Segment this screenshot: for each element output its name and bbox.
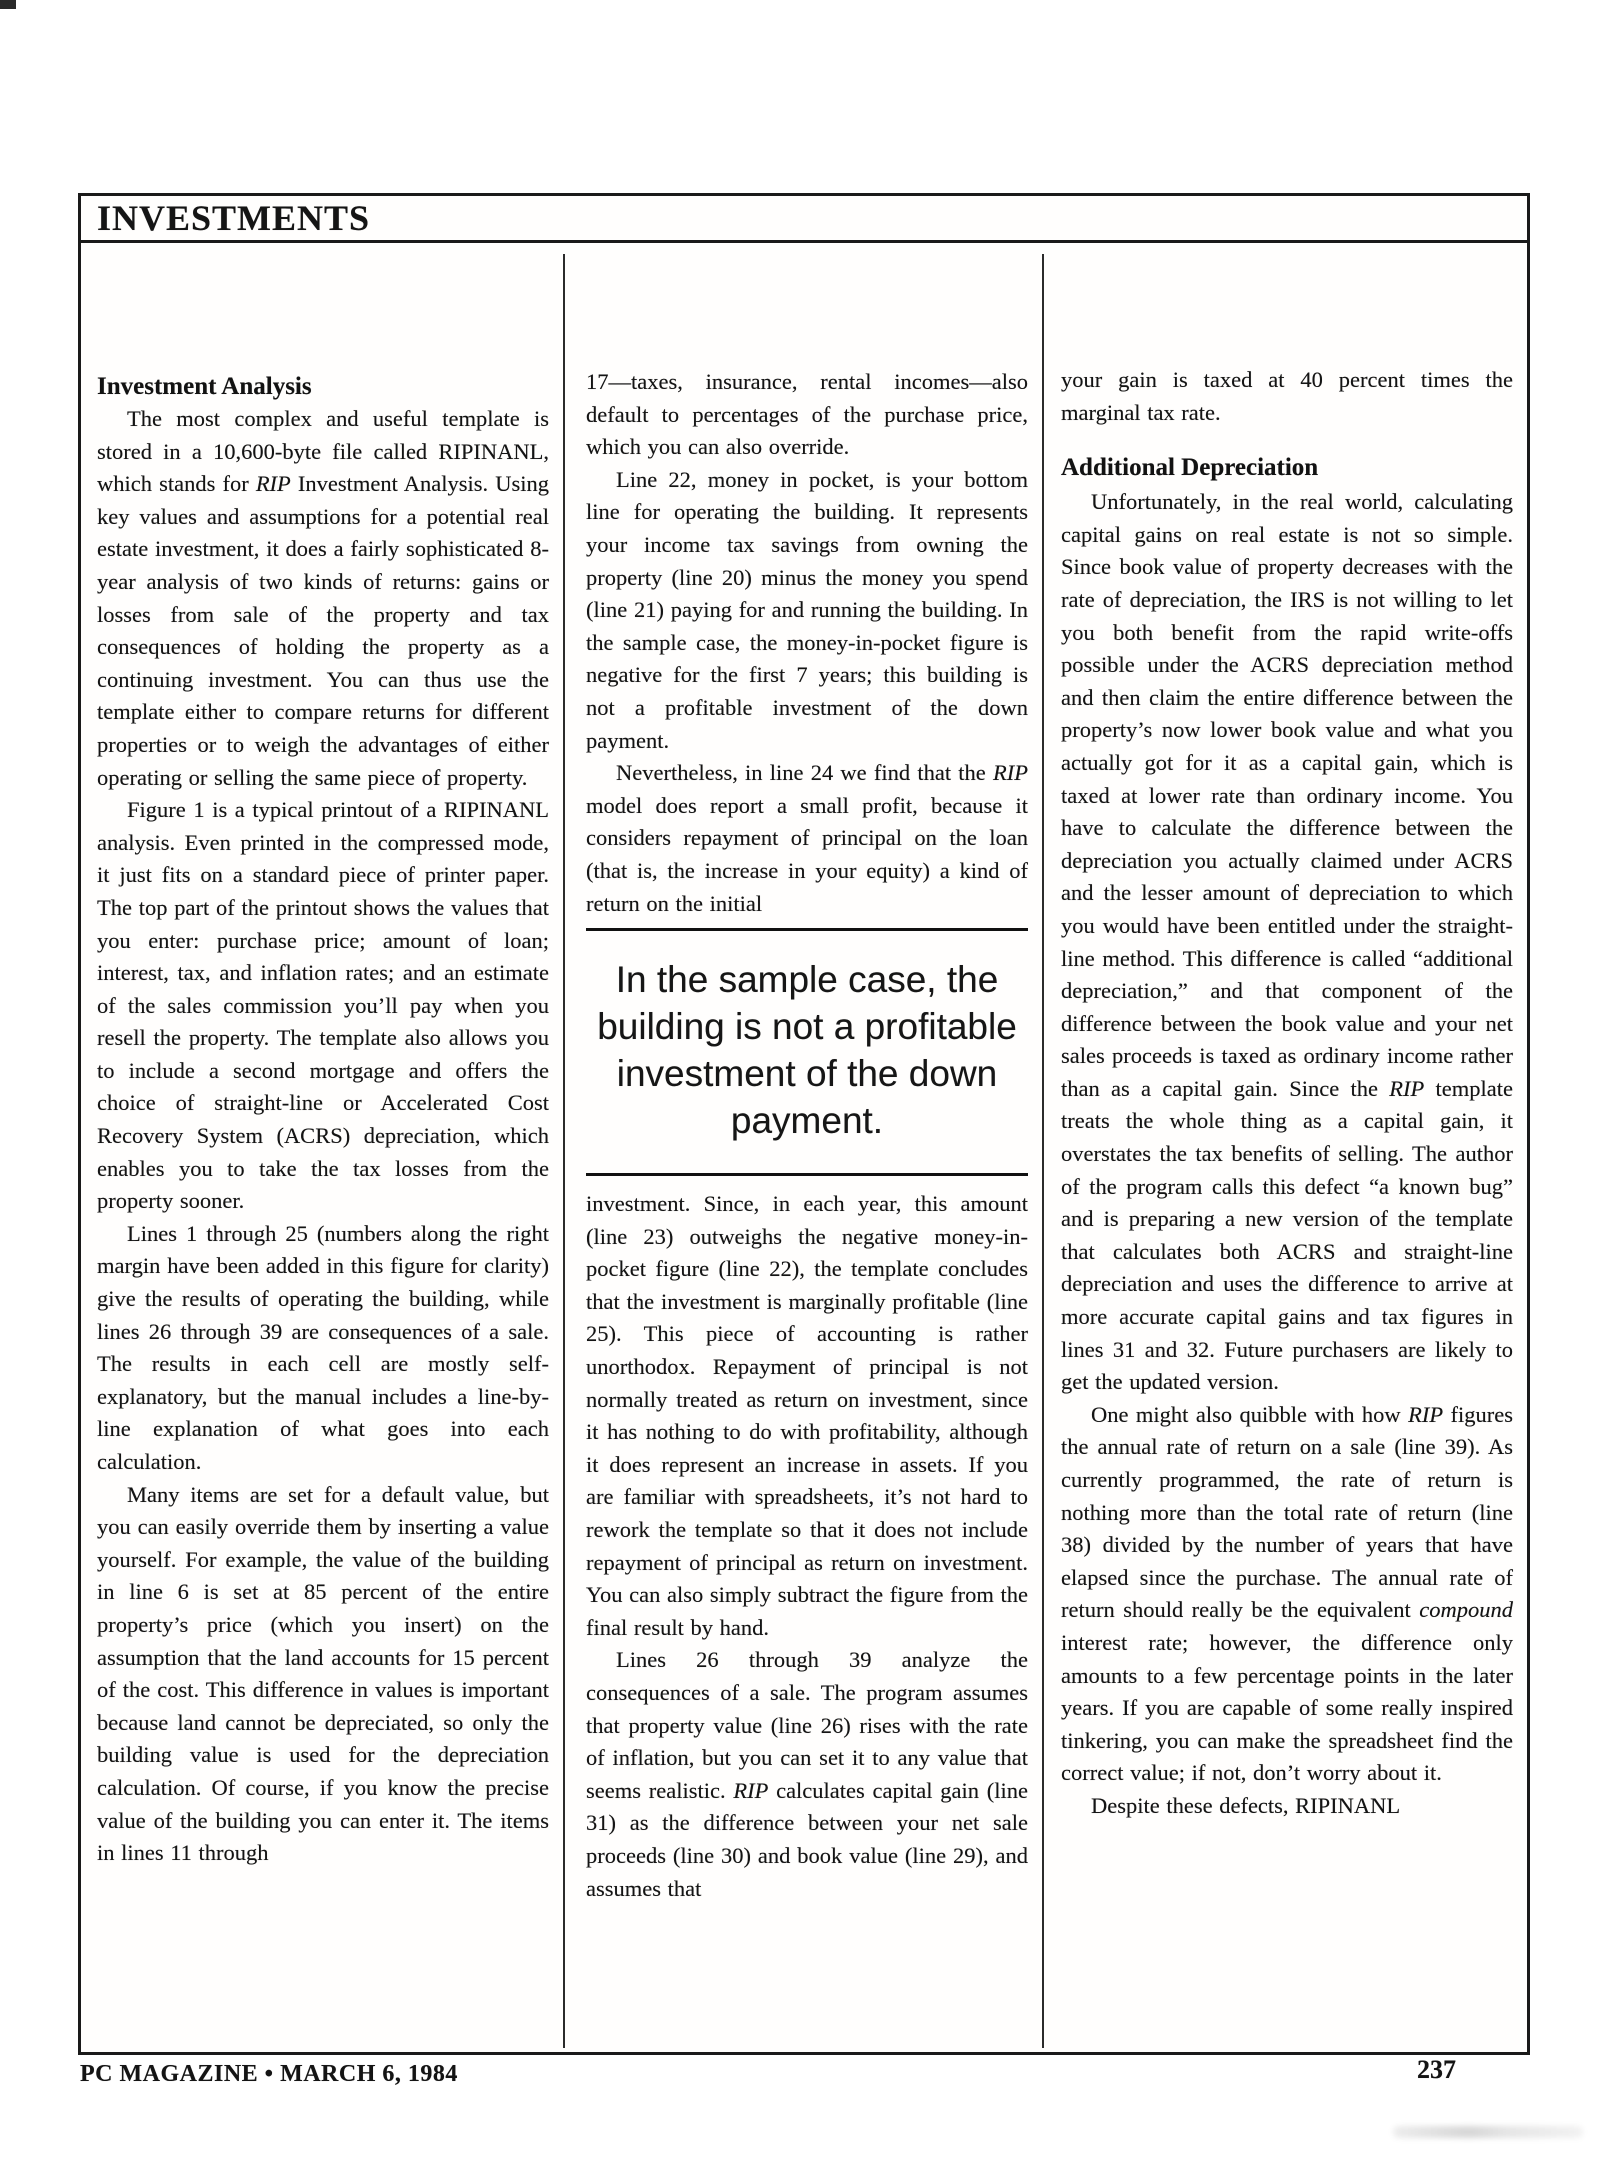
page-number: 237 [1417,2055,1456,2085]
column-divider-left [563,254,565,2048]
article-heading-investment-analysis: Investment Analysis [97,370,549,403]
article-paragraph: The most complex and useful template is … [97,403,549,794]
article-paragraph: Many items are set for a default value, … [97,1479,549,1870]
section-header-band: INVESTMENTS [81,196,1527,243]
article-paragraph: Nevertheless, in line 24 we find that th… [586,757,1028,920]
scan-artifact-smudge [1393,2126,1583,2138]
article-column-2: 17—taxes, insurance, rental incomes—also… [586,366,1028,1905]
article-paragraph: Line 22, money in pocket, is your bottom… [586,464,1028,757]
article-frame: INVESTMENTS Investment Analysis The most… [78,193,1530,2055]
article-paragraph: your gain is taxed at 40 percent times t… [1061,364,1513,429]
article-column-1: Investment Analysis The most complex and… [97,370,549,1870]
article-paragraph: investment. Since, in each year, this am… [586,1188,1028,1644]
article-column-3: your gain is taxed at 40 percent times t… [1061,364,1513,1823]
column-divider-right [1042,254,1044,2048]
article-paragraph: Lines 1 through 25 (numbers along the ri… [97,1218,549,1479]
article-paragraph: Unfortunately, in the real world, calcul… [1061,486,1513,1399]
scan-artifact-corner [0,0,16,9]
article-heading-additional-depreciation: Additional Depreciation [1061,451,1513,484]
article-paragraph: 17—taxes, insurance, rental incomes—also… [586,366,1028,464]
magazine-footer: PC MAGAZINE • MARCH 6, 1984 [80,2061,458,2088]
article-paragraph: Figure 1 is a typical printout of a RIPI… [97,794,549,1218]
article-paragraph: One might also quibble with how RIP figu… [1061,1399,1513,1790]
section-header-title: INVESTMENTS [97,197,370,239]
pull-quote: In the sample case, the building is not … [586,928,1028,1176]
article-paragraph: Despite these defects, RIPINANL [1061,1790,1513,1823]
article-paragraph: Lines 26 through 39 analyze the conseque… [586,1644,1028,1905]
